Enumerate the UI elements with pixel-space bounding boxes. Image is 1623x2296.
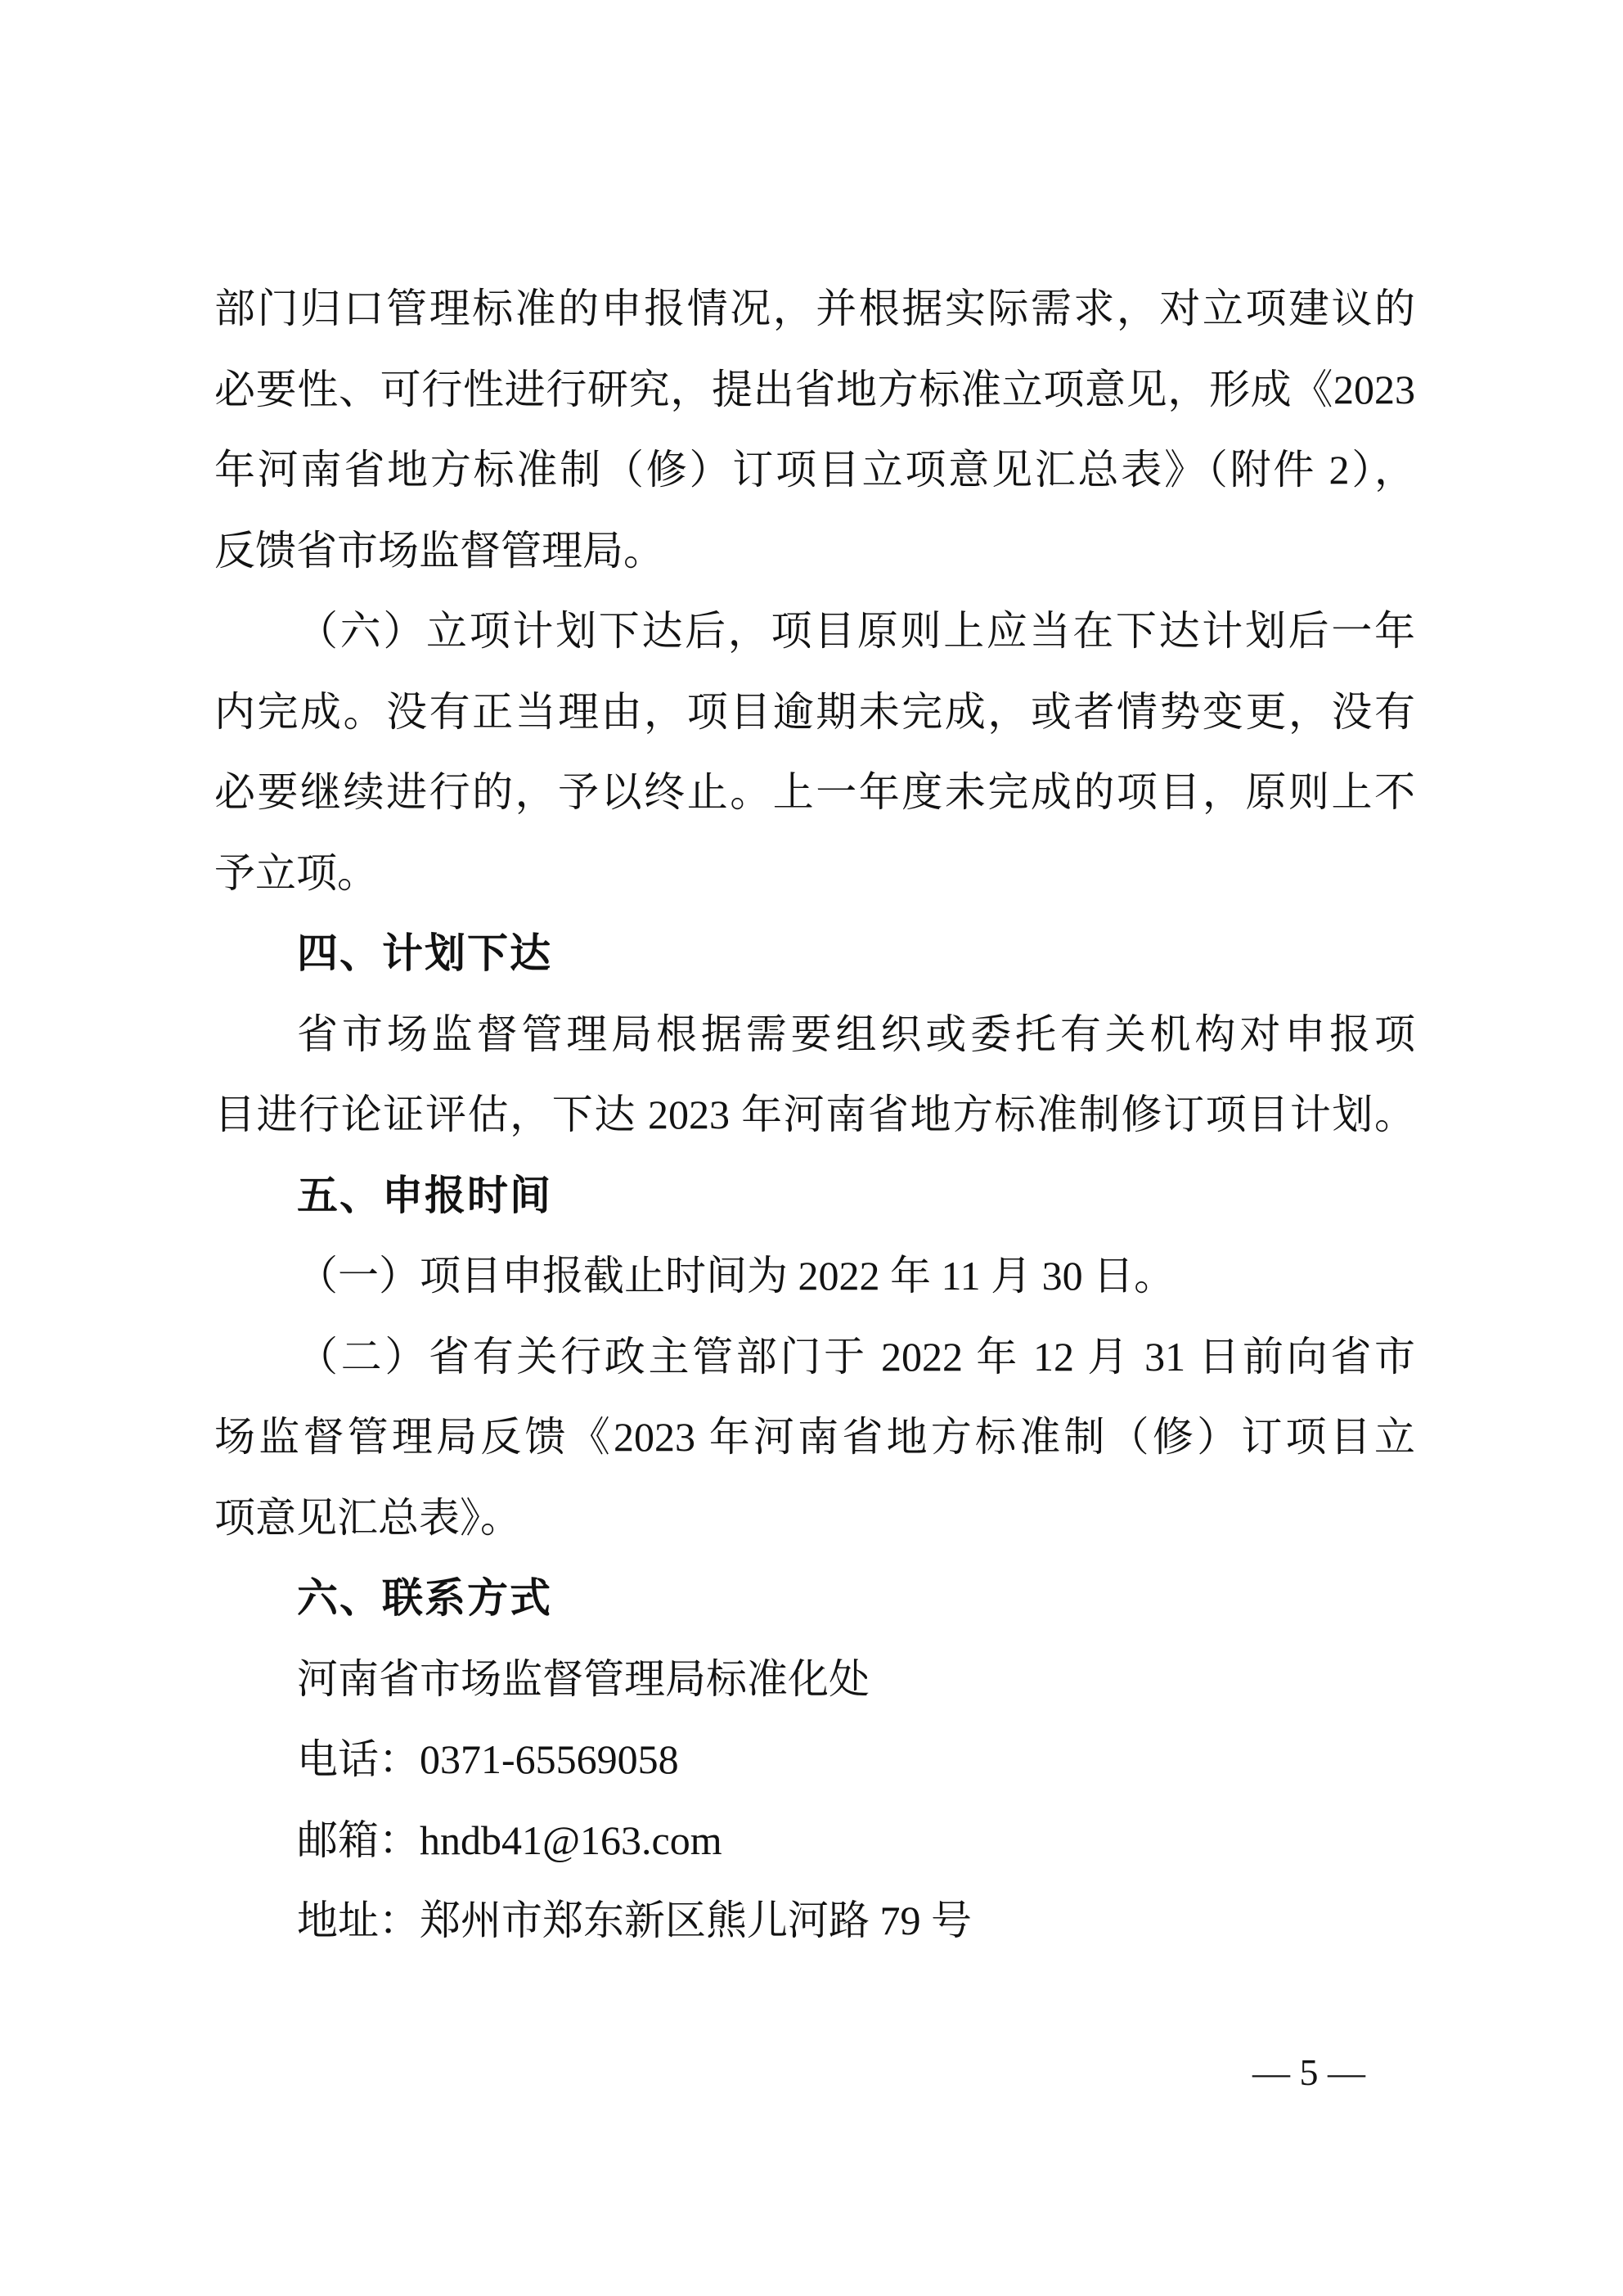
- text-line: 项意见汇总表》。: [214, 1478, 1415, 1559]
- text-line: 电话：0371-65569058: [214, 1719, 1415, 1800]
- section-heading: 四、计划下达: [214, 913, 1415, 994]
- text-line: 省市场监督管理局根据需要组织或委托有关机构对申报项: [214, 994, 1415, 1075]
- text-line: 河南省市场监督管理局标准化处: [214, 1639, 1415, 1720]
- text-line: （二）省有关行政主管部门于 2022 年 12 月 31 日前向省市: [214, 1317, 1415, 1398]
- text-line: （六）立项计划下达后，项目原则上应当在下达计划后一年: [214, 591, 1415, 672]
- text-line: 场监督管理局反馈《2023 年河南省地方标准制（修）订项目立: [214, 1397, 1415, 1478]
- text-line: 内完成。没有正当理由，项目逾期未完成，或者情势变更，没有: [214, 672, 1415, 753]
- text-line: 反馈省市场监督管理局。: [214, 511, 1415, 592]
- section-heading: 六、联系方式: [214, 1558, 1415, 1639]
- text-line: 目进行论证评估，下达 2023 年河南省地方标准制修订项目计划。: [214, 1074, 1415, 1155]
- text-line: 年河南省地方标准制（修）订项目立项意见汇总表》（附件 2），: [214, 430, 1415, 511]
- document-page: 部门归口管理标准的申报情况，并根据实际需求，对立项建议的必要性、可行性进行研究，…: [0, 0, 1623, 2296]
- text-layer: 部门归口管理标准的申报情况，并根据实际需求，对立项建议的必要性、可行性进行研究，…: [0, 0, 1623, 2296]
- text-line: 必要继续进行的，予以终止。上一年度未完成的项目，原则上不: [214, 752, 1415, 833]
- section-heading: 五、申报时间: [214, 1155, 1415, 1236]
- page-number: — 5 —: [1211, 2047, 1407, 2098]
- text-line: 必要性、可行性进行研究，提出省地方标准立项意见，形成《2023: [214, 349, 1415, 430]
- text-line: （一）项目申报截止时间为 2022 年 11 月 30 日。: [214, 1236, 1415, 1317]
- text-line: 地址：郑州市郑东新区熊儿河路 79 号: [214, 1880, 1415, 1961]
- text-line: 邮箱：hndb41@163.com: [214, 1800, 1415, 1881]
- text-line: 部门归口管理标准的申报情况，并根据实际需求，对立项建议的: [214, 268, 1415, 349]
- text-line: 予立项。: [214, 833, 1415, 914]
